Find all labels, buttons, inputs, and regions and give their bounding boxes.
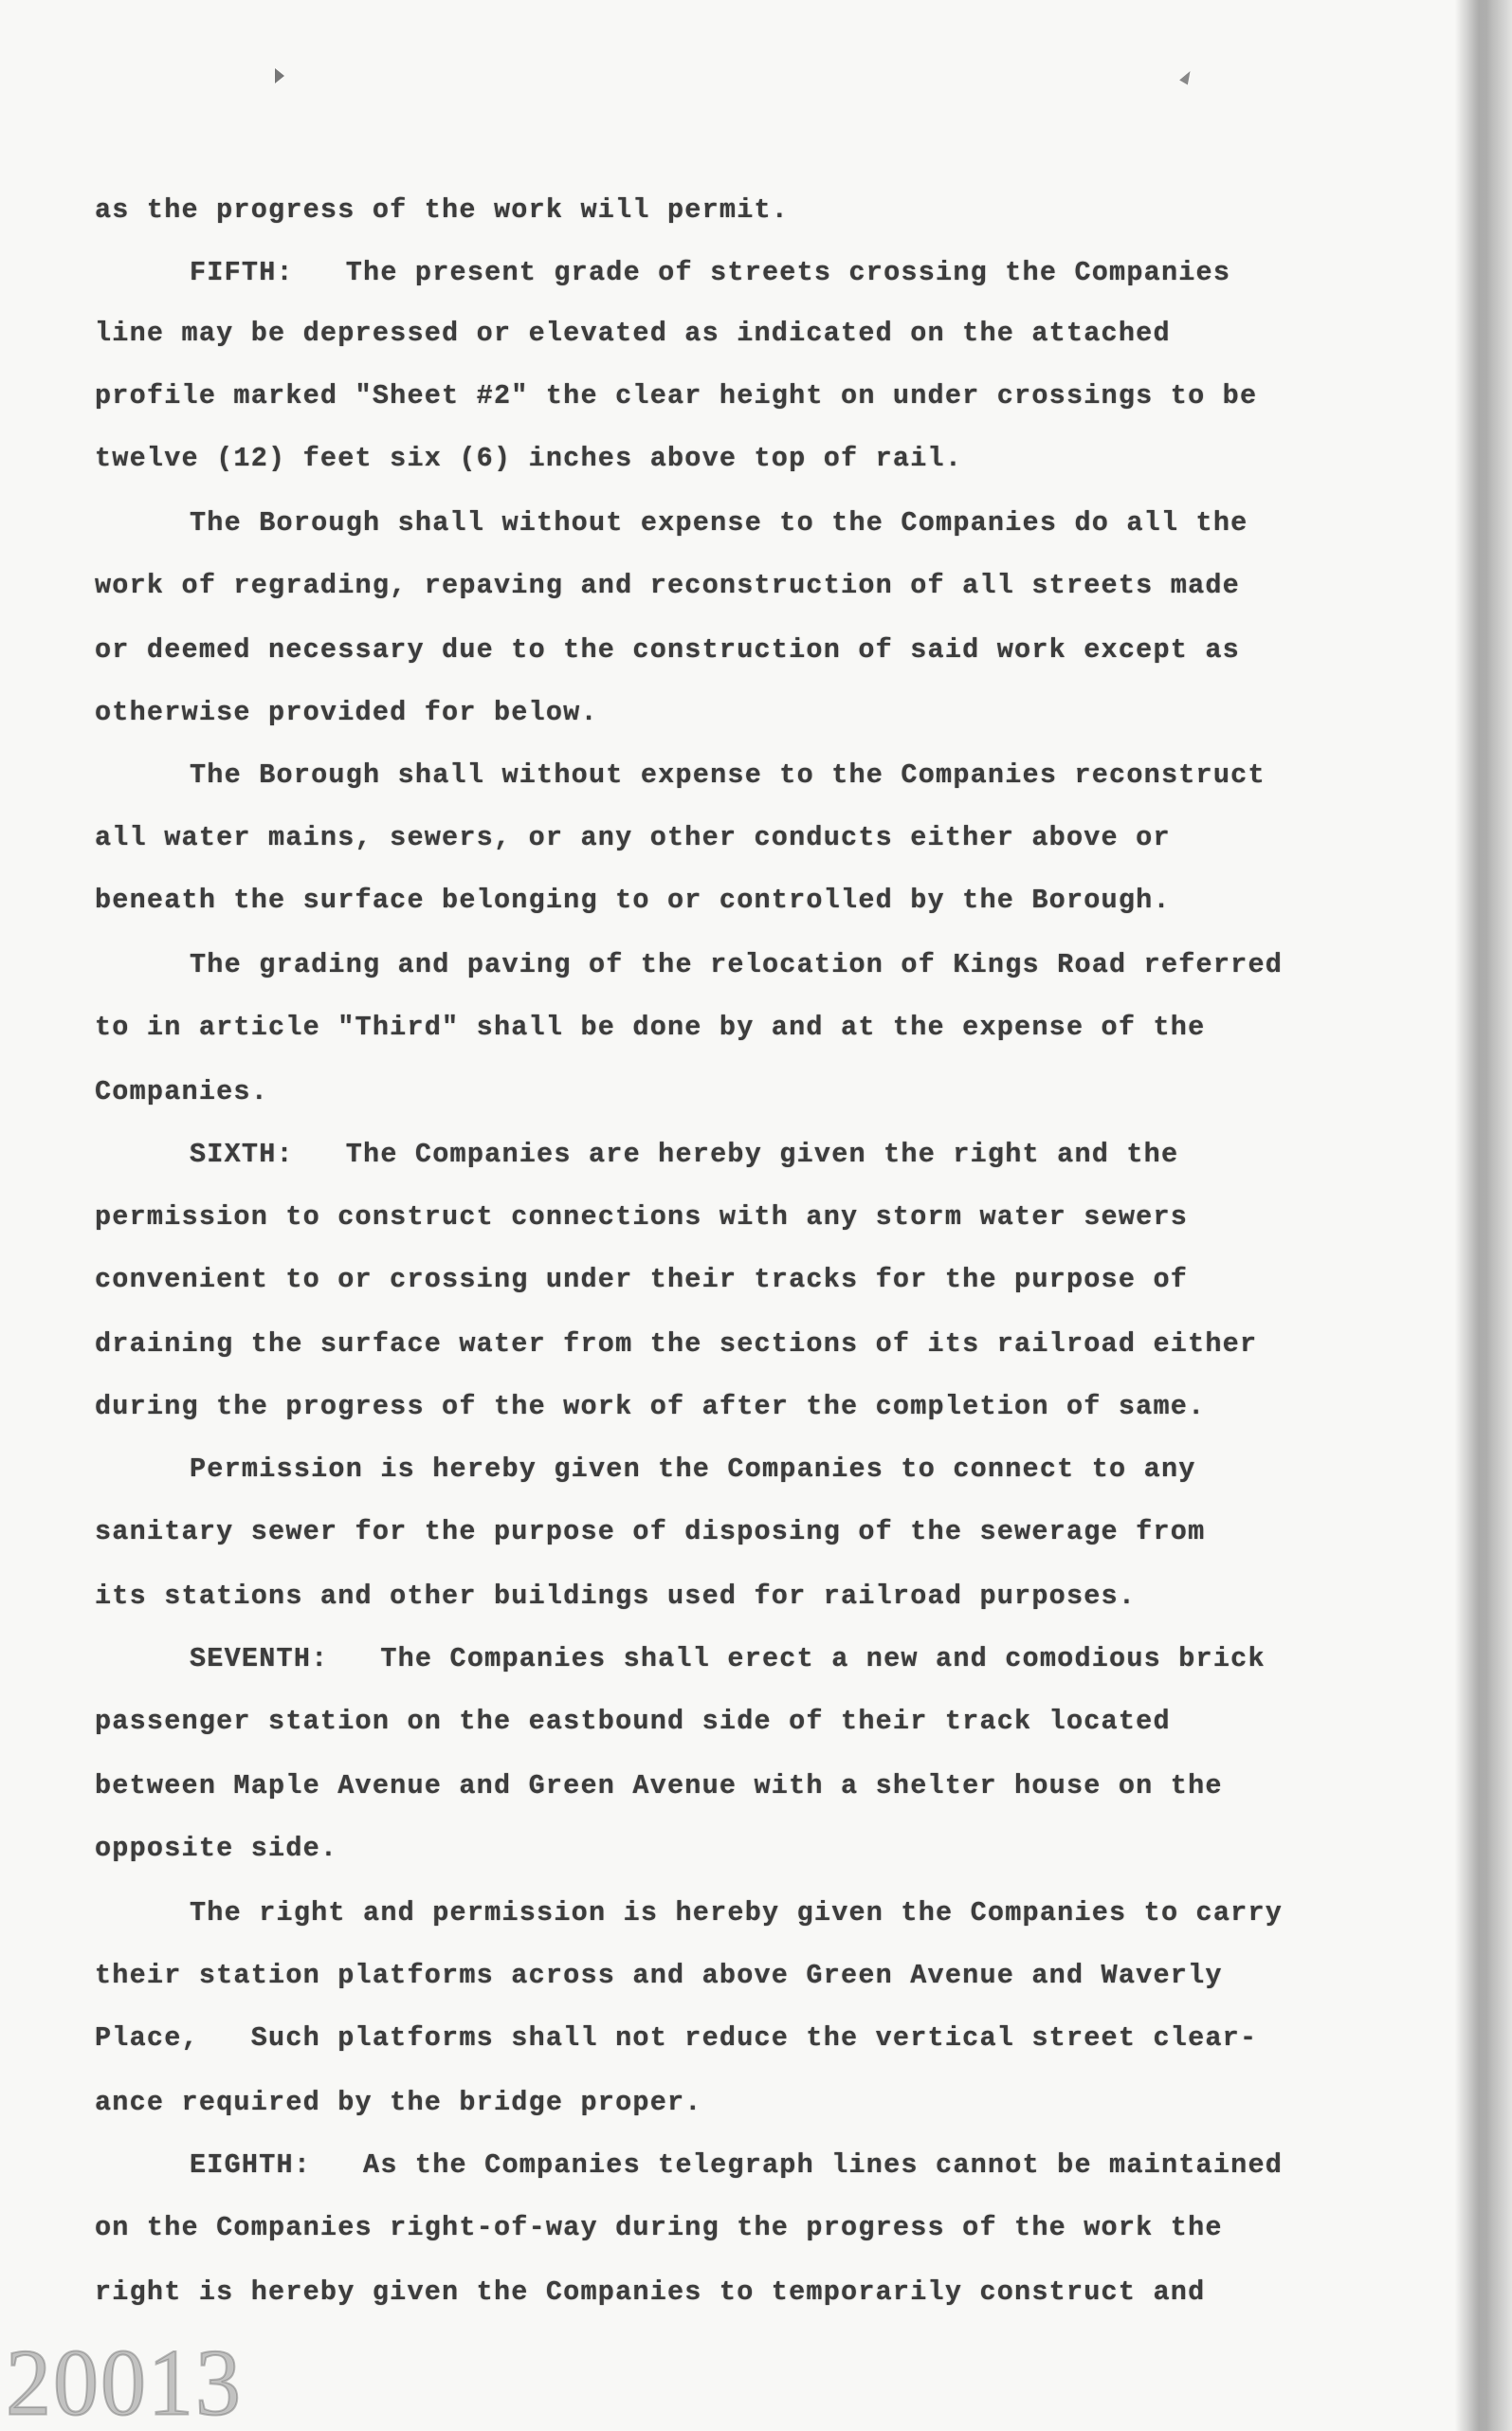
text-line: or deemed necessary due to the construct… xyxy=(95,637,1240,665)
text-line: Companies. xyxy=(95,1079,268,1106)
text-line: line may be depressed or elevated as ind… xyxy=(95,320,1171,348)
paragraph-first-line: The Borough shall without expense to the… xyxy=(190,762,1266,790)
text-line: twelve (12) feet six (6) inches above to… xyxy=(95,446,962,473)
text-line: passenger station on the eastbound side … xyxy=(95,1709,1171,1736)
text-line: opposite side. xyxy=(95,1836,337,1863)
text-line: ance required by the bridge proper. xyxy=(95,2090,702,2117)
text-line: sanitary sewer for the purpose of dispos… xyxy=(95,1519,1205,1546)
document-page: as the progress of the work will permit.… xyxy=(0,0,1512,2431)
paragraph-first-line: Permission is hereby given the Companies… xyxy=(190,1456,1196,1484)
paragraph-first-line: SEVENTH: The Companies shall erect a new… xyxy=(190,1646,1266,1673)
text-line: their station platforms across and above… xyxy=(95,1963,1223,1990)
text-line: during the progress of the work of after… xyxy=(95,1394,1205,1421)
text-line: on the Companies right-of-way during the… xyxy=(95,2215,1223,2242)
text-line: profile marked "Sheet #2" the clear heig… xyxy=(95,383,1257,411)
paragraph-first-line: The grading and paving of the relocation… xyxy=(190,952,1283,979)
paragraph-first-line: The Borough shall without expense to the… xyxy=(190,510,1248,538)
text-line: permission to construct connections with… xyxy=(95,1204,1188,1232)
margin-mark-right-icon xyxy=(1179,68,1194,84)
text-line: Place, Such platforms shall not reduce t… xyxy=(95,2025,1257,2053)
text-line: its stations and other buildings used fo… xyxy=(95,1583,1136,1611)
text-line: draining the surface water from the sect… xyxy=(95,1331,1257,1359)
text-line: right is hereby given the Companies to t… xyxy=(95,2279,1205,2307)
paragraph-first-line: EIGHTH: As the Companies telegraph lines… xyxy=(190,2152,1283,2180)
margin-mark-left-icon xyxy=(275,68,284,83)
text-line: between Maple Avenue and Green Avenue wi… xyxy=(95,1773,1223,1800)
paragraph-first-line: SIXTH: The Companies are hereby given th… xyxy=(190,1142,1178,1169)
text-line: all water mains, sewers, or any other co… xyxy=(95,825,1171,852)
text-line: to in article "Third" shall be done by a… xyxy=(95,1014,1205,1042)
text-line: otherwise provided for below. xyxy=(95,700,598,727)
text-line: beneath the surface belonging to or cont… xyxy=(95,887,1171,915)
text-line: convenient to or crossing under their tr… xyxy=(95,1267,1188,1294)
page-edge-shadow xyxy=(1455,0,1512,2431)
paragraph-first-line: The right and permission is hereby given… xyxy=(190,1900,1283,1928)
text-line: work of regrading, repaving and reconstr… xyxy=(95,573,1240,600)
paragraph-first-line: FIFTH: The present grade of streets cros… xyxy=(190,260,1230,287)
text-line: as the progress of the work will permit. xyxy=(95,197,789,225)
page-stamp-number: 20013 xyxy=(6,2335,243,2431)
